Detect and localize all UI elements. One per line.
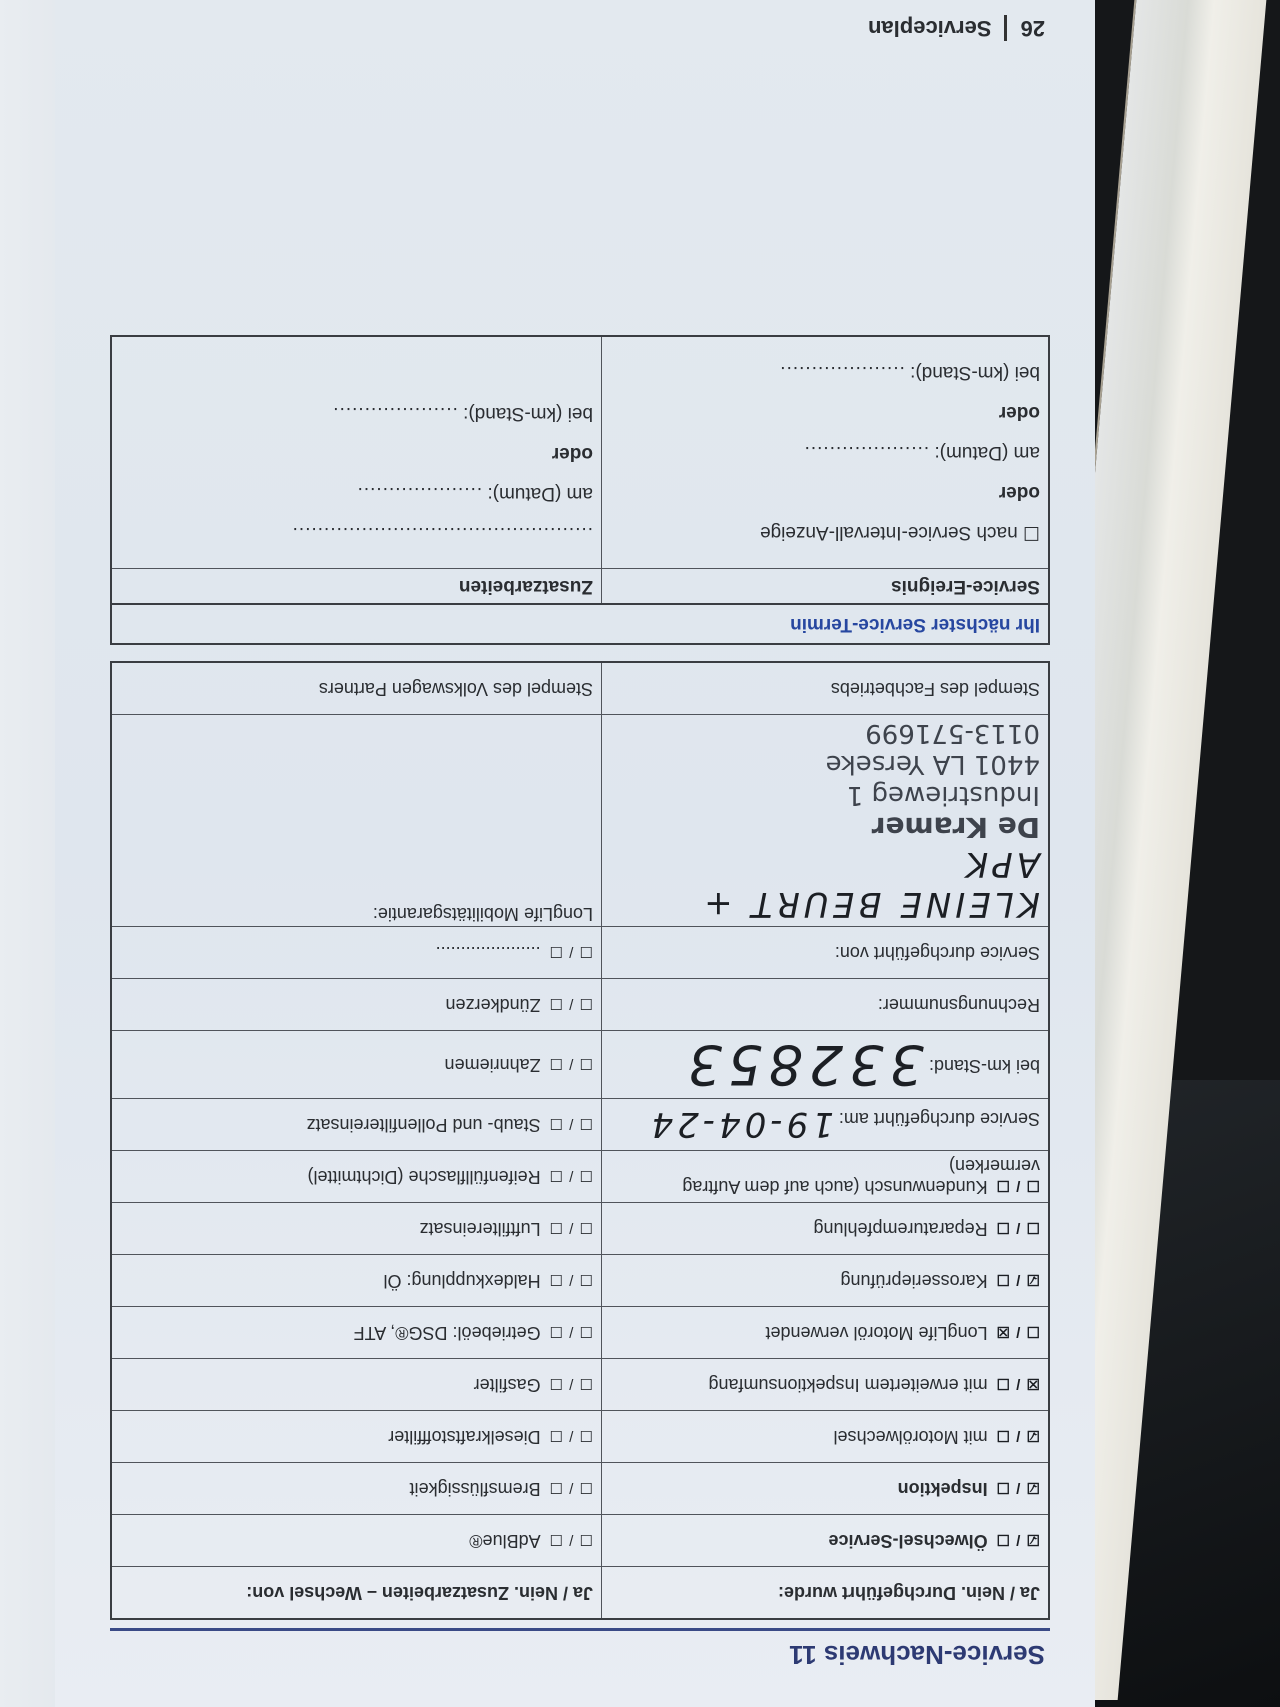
section-name: Serviceplan xyxy=(868,16,992,41)
date-label-2: am (Datum): xyxy=(487,483,593,504)
or-label: oder xyxy=(610,481,1040,503)
performed-item: ☐ / ☐Kundenwunsch (auch auf dem Auftrag … xyxy=(602,1151,1050,1203)
stamp-city: 4401 LA Yerseke xyxy=(610,748,1040,779)
additional-work-header: Zusatzarbeiten xyxy=(111,568,602,604)
workshop-stamp: De KramerIndustrieweg 14401 LA Yerseke01… xyxy=(610,717,1040,844)
table-row: ☑ / ☐mit Motorölwechsel☐ / ☐Dieselkrafts… xyxy=(111,1411,1049,1463)
km-label: bei (km-Stand): xyxy=(910,362,1040,383)
performed-item-label: mit erweitertem Inspektionsumfang xyxy=(708,1375,987,1395)
yes-no-checkbox[interactable]: ☐ / ☐ xyxy=(549,1531,593,1548)
header-additional-work: Ja / Nein. Zusatzarbeiten – Wechsel von: xyxy=(111,1567,602,1620)
additional-work-label: Bremsflüssigkeit xyxy=(410,1479,541,1499)
additional-work-item: ☐ / ☐AdBlue® xyxy=(111,1515,602,1567)
additional-work-item: ☐ / ☐Bremsflüssigkeit xyxy=(111,1463,602,1515)
additional-work-item: ☐ / ☐Luftfiltereinsatz xyxy=(111,1203,602,1255)
table-row: Rechnungsnummer:☐ / ☐Zündkerzen xyxy=(111,979,1049,1031)
workshop-stamp-cell: KLEINE BEURT + APKDe KramerIndustrieweg … xyxy=(602,714,1050,926)
performed-by-label: Service durchgeführt von: xyxy=(835,943,1040,963)
service-date-field: Service durchgeführt am: 19-04-24 xyxy=(602,1099,1050,1151)
service-event-header: Service-Ereignis xyxy=(602,568,1050,604)
additional-work-cell: ........................................… xyxy=(111,336,602,569)
or-label-2: oder xyxy=(610,401,1040,423)
yes-no-checkbox[interactable]: ☐ / ☐ xyxy=(549,1323,593,1340)
yes-no-checkbox[interactable]: ☐ / ☐ xyxy=(549,1219,593,1236)
additional-work-label: Gasfilter xyxy=(474,1375,541,1395)
additional-work-item: ☐ / ☐Haldexkupplung: Öl xyxy=(111,1255,602,1307)
service-date-value[interactable]: 19-04-24 xyxy=(648,1105,834,1145)
additional-work-item: ☐ / ☐Reifenfüllflasche (Dichtmittel) xyxy=(111,1151,602,1203)
performed-item: ☑ / ☐Karosserieprüfung xyxy=(602,1255,1050,1307)
additional-work-item: ☐ / ☐Gasfilter xyxy=(111,1359,602,1411)
additional-work-label: Staub- und Pollenfiltereinsatz xyxy=(306,1115,540,1135)
performed-item: ☒ / ☐mit erweitertem Inspektionsumfang xyxy=(602,1359,1050,1411)
stamp-phone: 0113-571699 xyxy=(610,717,1040,748)
interval-display-option[interactable]: ☐ nach Service-Intervall-Anzeige xyxy=(610,521,1040,544)
table-row: ☒ / ☐mit erweitertem Inspektionsumfang☐ … xyxy=(111,1359,1049,1411)
date-dots-2: .................... xyxy=(357,483,483,504)
stamp-street: Industrieweg 1 xyxy=(610,779,1040,810)
additional-work-label: Zahnriemen xyxy=(445,1055,541,1075)
yes-no-checkbox[interactable]: ☐ / ☐ xyxy=(549,1271,593,1288)
additional-work-label: Luftfiltereinsatz xyxy=(420,1219,541,1239)
mobility-cell: LongLife Mobilitätsgarantie: xyxy=(111,714,602,926)
partner-stamp-label: Stempel des Volkswagen Partners xyxy=(111,662,602,715)
table-row: Service durchgeführt am: 19-04-24☐ / ☐St… xyxy=(111,1099,1049,1151)
performed-item-label: LongLife Motoröl verwendet xyxy=(765,1323,987,1343)
performed-by-value[interactable]: KLEINE BEURT + APK xyxy=(610,844,1040,924)
additional-work-label: AdBlue® xyxy=(469,1531,540,1551)
yes-no-checkbox[interactable]: ☑ / ☐ xyxy=(996,1271,1040,1288)
table-row: ☑ / ☐Karosserieprüfung☐ / ☐Haldexkupplun… xyxy=(111,1255,1049,1307)
header-performed: Ja / Nein. Durchgeführt wurde: xyxy=(602,1567,1050,1620)
km-label: bei km-Stand: xyxy=(929,1056,1040,1076)
table-row: ☐ / ☐Reparaturempfehlung☐ / ☐Luftfiltere… xyxy=(111,1203,1049,1255)
yes-no-checkbox[interactable]: ☐ / ☐ xyxy=(549,1479,593,1496)
service-booklet-page: Service-Nachweis 11 Ja / Nein. Durchgefü… xyxy=(55,0,1095,1707)
yes-no-checkbox[interactable]: ☐ / ☒ xyxy=(996,1323,1040,1340)
yes-no-checkbox[interactable]: ☐ / ☐ xyxy=(996,1219,1040,1236)
yes-no-checkbox[interactable]: ☑ / ☐ xyxy=(996,1479,1040,1496)
table-row: Service durchgeführt von:☐ / ☐..........… xyxy=(111,927,1049,979)
performed-item: ☑ / ☐Inspektion xyxy=(602,1463,1050,1515)
service-event-cell: ☐ nach Service-Intervall-Anzeige oder am… xyxy=(602,336,1050,569)
service-record-table: Ja / Nein. Durchgeführt wurde: Ja / Nein… xyxy=(110,661,1050,1620)
additional-work-label: Haldexkupplung: Öl xyxy=(383,1271,540,1291)
date-dots: .................... xyxy=(804,442,930,463)
stamp-label-row: Stempel des FachbetriebsStempel des Volk… xyxy=(111,662,1049,715)
performed-item: ☑ / ☐Ölwechsel-Service xyxy=(602,1515,1050,1567)
km-value[interactable]: 332853 xyxy=(682,1033,924,1096)
additional-date-field[interactable]: am (Datum): .................... xyxy=(120,482,593,504)
performed-item-label: mit Motorölwechsel xyxy=(834,1427,988,1447)
performed-item: ☐ / ☒LongLife Motoröl verwendet xyxy=(602,1307,1050,1359)
additional-work-item: ☐ / ☐..................... xyxy=(111,927,602,979)
performed-item: ☐ / ☐Reparaturempfehlung xyxy=(602,1203,1050,1255)
additional-work-label: Reifenfüllflasche (Dichtmittel) xyxy=(308,1167,541,1187)
or-label-3: oder xyxy=(120,442,593,464)
additional-work-item: ☐ / ☐Getriebeöl: DSG®, ATF xyxy=(111,1307,602,1359)
additional-work-item: ☐ / ☐Zahnriemen xyxy=(111,1031,602,1099)
page-number: 26 xyxy=(1004,15,1045,41)
page-footer: 26Serviceplan xyxy=(868,15,1045,41)
mobility-guarantee-label: LongLife Mobilitätsgarantie: xyxy=(373,904,593,924)
yes-no-checkbox[interactable]: ☐ / ☐ xyxy=(549,1167,593,1184)
table-row: ☑ / ☐Inspektion☐ / ☐Bremsflüssigkeit xyxy=(111,1463,1049,1515)
performed-item-label: Kundenwunsch (auch auf dem Auftrag verme… xyxy=(682,1157,1040,1198)
yes-no-checkbox[interactable]: ☒ / ☐ xyxy=(996,1375,1040,1392)
km-label-2: bei (km-Stand): xyxy=(463,403,593,424)
performed-item-label: Ölwechsel-Service xyxy=(829,1531,988,1551)
km-field: bei km-Stand: 332853 xyxy=(602,1031,1050,1099)
yes-no-checkbox[interactable]: ☑ / ☐ xyxy=(996,1531,1040,1548)
additional-work-label: Zündkerzen xyxy=(446,995,541,1015)
km-dots-2: .................... xyxy=(332,403,458,424)
performed-by-field: Service durchgeführt von: xyxy=(602,927,1050,979)
additional-work-line[interactable]: ........................................… xyxy=(120,522,593,544)
table-row: ☐ / ☒LongLife Motoröl verwendet☐ / ☐Getr… xyxy=(111,1307,1049,1359)
performed-item-label: Karosserieprüfung xyxy=(841,1271,988,1291)
yes-no-checkbox[interactable]: ☐ / ☐ xyxy=(549,995,593,1012)
yes-no-checkbox[interactable]: ☑ / ☐ xyxy=(996,1427,1040,1444)
table-row: ☑ / ☐Ölwechsel-Service☐ / ☐AdBlue® xyxy=(111,1515,1049,1567)
yes-no-checkbox[interactable]: ☐ / ☐ xyxy=(549,1115,593,1132)
yes-no-checkbox[interactable]: ☐ / ☐ xyxy=(549,1055,593,1072)
performed-item-label: Inspektion xyxy=(898,1479,988,1499)
additional-work-item: ☐ / ☐Staub- und Pollenfiltereinsatz xyxy=(111,1099,602,1151)
next-service-title: Ihr nächster Service-Termin xyxy=(110,605,1050,645)
workshop-stamp-label: Stempel des Fachbetriebs xyxy=(602,662,1050,715)
date-label: am (Datum): xyxy=(934,442,1040,463)
additional-work-item: ☐ / ☐Zündkerzen xyxy=(111,979,602,1031)
next-date-field[interactable]: am (Datum): .................... xyxy=(610,441,1040,463)
service-date-label: Service durchgeführt am: xyxy=(839,1110,1040,1130)
table-row: bei km-Stand: 332853☐ / ☐Zahnriemen xyxy=(111,1031,1049,1099)
next-km-field[interactable]: bei (km-Stand): .................... xyxy=(610,361,1040,383)
performed-item-label: Reparaturempfehlung xyxy=(813,1219,987,1239)
additional-km-field[interactable]: bei (km-Stand): .................... xyxy=(120,402,593,424)
yes-no-checkbox[interactable]: ☐ / ☐ xyxy=(549,943,593,960)
additional-work-label: Getriebeöl: DSG®, ATF xyxy=(354,1323,541,1343)
page-title: Service-Nachweis 11 xyxy=(110,1628,1050,1670)
invoice-label: Rechnungsnummer: xyxy=(878,995,1040,1015)
additional-work-item: ☐ / ☐Dieselkraftstofffilter xyxy=(111,1411,602,1463)
km-dots: .................... xyxy=(779,362,905,383)
yes-no-checkbox[interactable]: ☐ / ☐ xyxy=(549,1375,593,1392)
additional-work-label: ..................... xyxy=(436,943,541,963)
stamp-name: De Kramer xyxy=(610,810,1040,844)
stamp-row: KLEINE BEURT + APKDe KramerIndustrieweg … xyxy=(111,714,1049,926)
additional-work-label: Dieselkraftstofffilter xyxy=(388,1427,540,1447)
table-row: ☐ / ☐Kundenwunsch (auch auf dem Auftrag … xyxy=(111,1151,1049,1203)
invoice-field: Rechnungsnummer: xyxy=(602,979,1050,1031)
next-service-table: Service-Ereignis Zusatzarbeiten ☐ nach S… xyxy=(110,335,1050,605)
performed-item: ☑ / ☐mit Motorölwechsel xyxy=(602,1411,1050,1463)
yes-no-checkbox[interactable]: ☐ / ☐ xyxy=(996,1178,1040,1195)
table-header-row: Ja / Nein. Durchgeführt wurde: Ja / Nein… xyxy=(111,1567,1049,1620)
yes-no-checkbox[interactable]: ☐ / ☐ xyxy=(549,1427,593,1444)
